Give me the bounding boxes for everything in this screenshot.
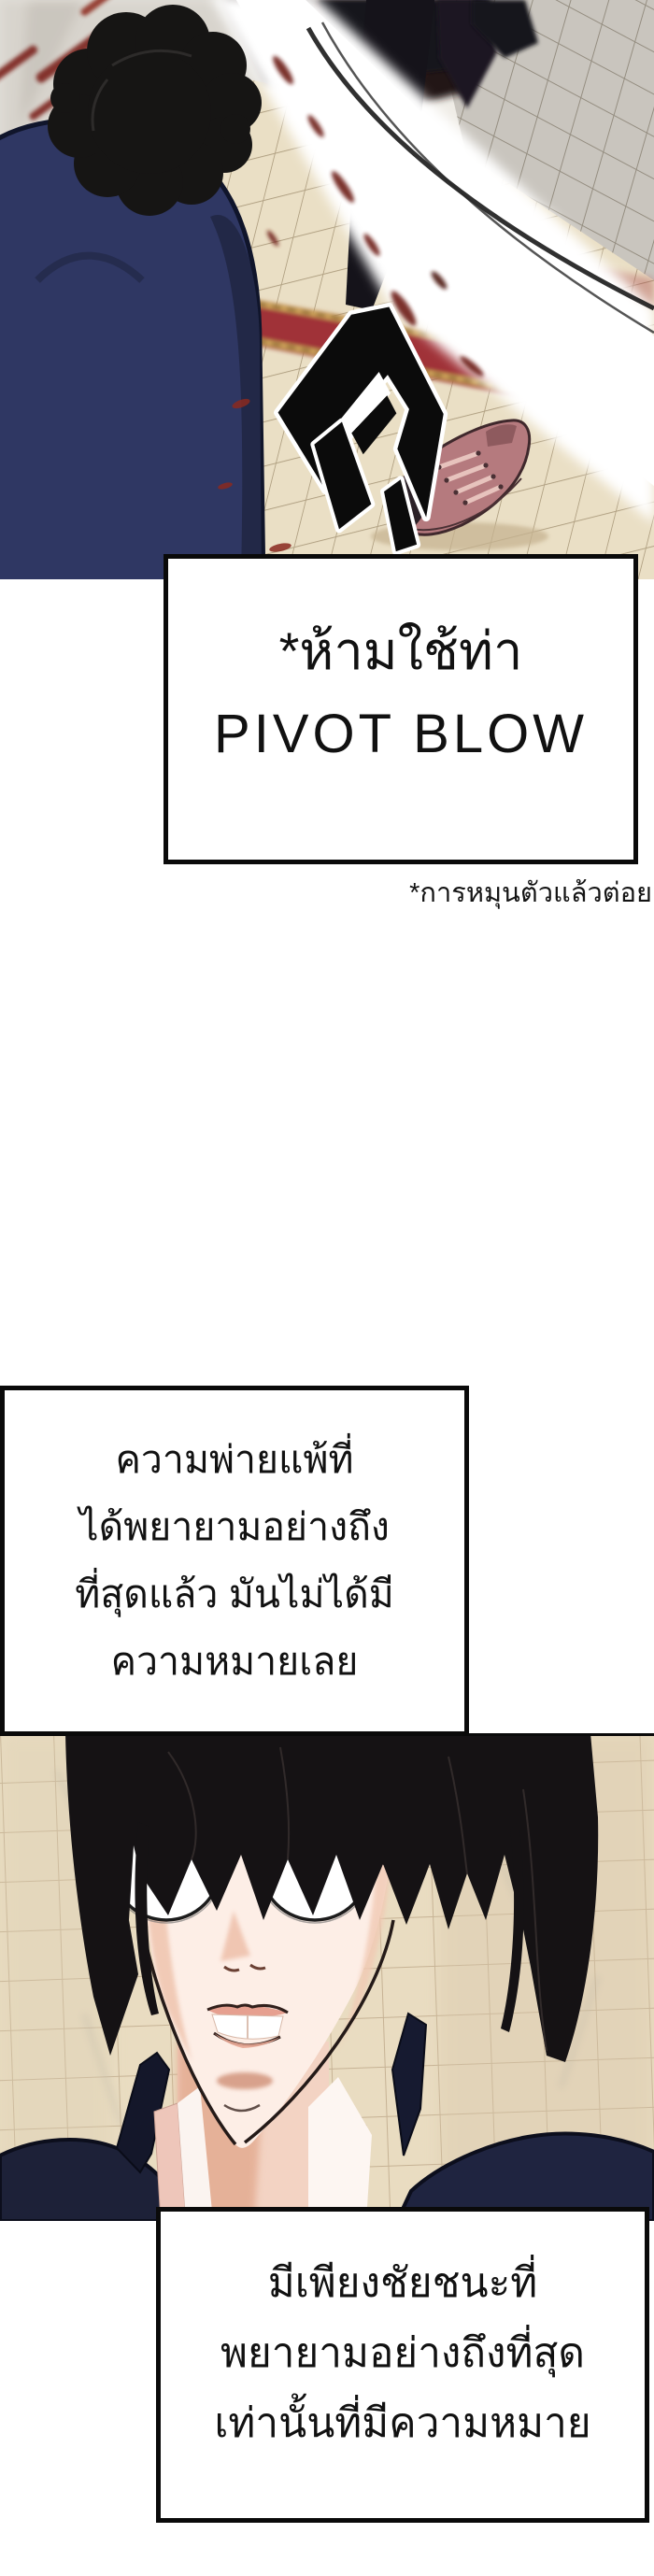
caption-line: ที่สุดแล้ว มันไม่ได้มี [75,1571,394,1618]
comic-page: *ห้ามใช้ท่า PIVOT BLOW *การหมุนตัวแล้วต่… [0,0,654,2576]
caption-line: ความหมายเลย [111,1638,359,1686]
caption-line: พยายามอย่างถึงที่สุด [220,2327,585,2379]
caption-line: เท่านั้นที่มีความหมาย [214,2398,590,2449]
caption-line: ความพ่ายแพ้ที่ [115,1436,353,1484]
footnote-text: *การหมุนตัวแล้วต่อย [409,871,652,914]
caption-line-pivot-blow: PIVOT BLOW [214,701,588,769]
action-panel [0,0,654,579]
caption-line: มีเพียงชัยชนะที่ [268,2257,538,2309]
lip-shadow [217,2072,273,2089]
face-panel [0,1733,654,2221]
panel-top-border [0,1733,654,1736]
caption-line-thai: *ห้ามใช้ท่า [279,619,523,684]
caption-line: ได้พยายามอย่างถึง [79,1503,390,1551]
caption-box-victory: มีเพียงชัยชนะที่ พยายามอย่างถึงที่สุด เท… [156,2207,649,2523]
caption-box-move-name: *ห้ามใช้ท่า PIVOT BLOW [163,554,638,864]
caption-box-defeat: ความพ่ายแพ้ที่ ได้พยายามอย่างถึง ที่สุดแ… [0,1386,469,1736]
